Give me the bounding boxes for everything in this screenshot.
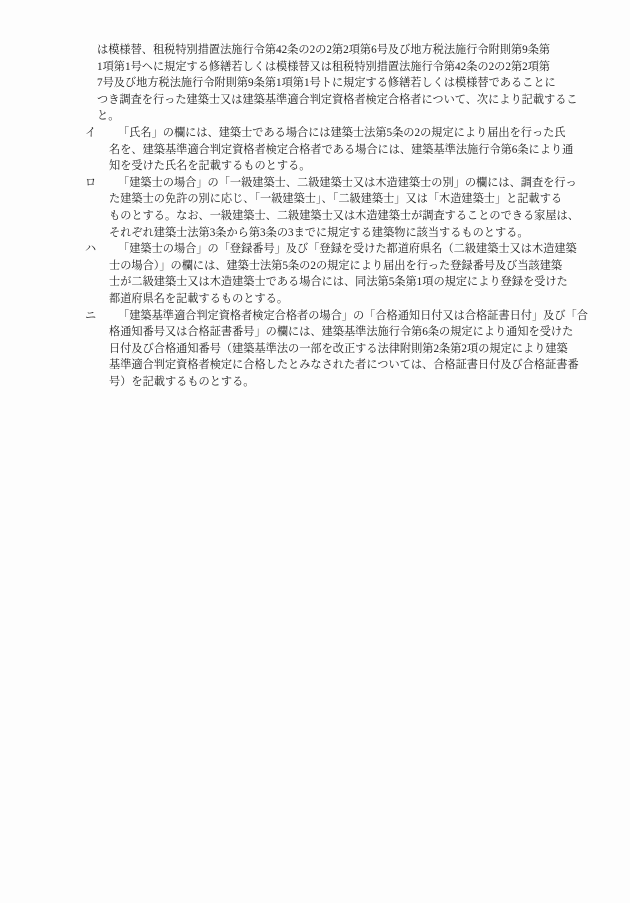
list-item-ha: ハ 「建築士の場合」の「登録番号」及び「登録を受けた都道府県名（二級建築士又は木… [97, 241, 557, 307]
item-marker: ニ [85, 308, 106, 325]
text-line: 名を、建築基準適合判定資格者検定合格者である場合には、建築基準法施行令第6条によ… [109, 142, 557, 159]
item-marker: ハ [85, 241, 106, 258]
text-line: と。 [97, 108, 557, 125]
body-text: は模様替、租税特別措置法施行令第42条の2の2第2項第6号及び地方税法施行令附則… [97, 42, 557, 390]
text-line: 士が二級建築士又は木造建築士である場合には、同法第5条第1項の規定により登録を受… [109, 274, 557, 291]
list-item-ni: ニ 「建築基準適合判定資格者検定合格者の場合」の「合格通知日付又は合格証書日付」… [97, 308, 557, 391]
text-line: 都道府県名を記載するものとする。 [109, 291, 557, 308]
text-line: ものとする。なお、一級建築士、二級建築士又は木造建築士が調査することのできる家屋… [109, 208, 557, 225]
text-line: 7号及び地方税法施行令附則第9条第1項第1号トに規定する修繕若しくは模様替である… [97, 75, 557, 92]
text-line: 知を受けた氏名を記載するものとする。 [109, 158, 557, 175]
text-line: 日付及び合格通知番号（建築基準法の一部を改正する法律附則第2条第2項の規定により… [109, 341, 557, 358]
item-marker: イ [85, 125, 106, 142]
text-line: それぞれ建築士法第3条から第3条の3までに規定する建築物に該当するものとする。 [109, 225, 557, 242]
document-page: は模様替、租税特別措置法施行令第42条の2の2第2項第6号及び地方税法施行令附則… [0, 0, 630, 903]
text-line: 基準適合判定資格者検定に合格したとみなされた者については、合格証書日付及び合格証… [109, 357, 557, 374]
intro-paragraph: は模様替、租税特別措置法施行令第42条の2の2第2項第6号及び地方税法施行令附則… [97, 42, 557, 125]
text-line: 「建築基準適合判定資格者検定合格者の場合」の「合格通知日付又は合格証書日付」及び… [109, 308, 557, 325]
item-marker: ロ [85, 175, 106, 192]
text-line: 士の場合）」の欄には、建築士法第5条の2の規定により届出を行った登録番号及び当該… [109, 258, 557, 275]
text-line: 「建築士の場合」の「登録番号」及び「登録を受けた都道府県名（二級建築士又は木造建… [109, 241, 557, 258]
text-line: 1項第1号ヘに規定する修繕若しくは模様替又は租税特別措置法施行令第42条の2の2… [97, 59, 557, 76]
list-item-ro: ロ 「建築士の場合」の「一級建築士、二級建築士又は木造建築士の別」の欄には、調査… [97, 175, 557, 241]
list-item-i: イ 「氏名」の欄には、建築士である場合には建築士法第5条の2の規定により届出を行… [97, 125, 557, 175]
text-line: 「建築士の場合」の「一級建築士、二級建築士又は木造建築士の別」の欄には、調査を行… [109, 175, 557, 192]
text-line: つき調査を行った建築士又は建築基準適合判定資格者検定合格者について、次により記載… [97, 92, 557, 109]
text-line: 「氏名」の欄には、建築士である場合には建築士法第5条の2の規定により届出を行った… [109, 125, 557, 142]
text-line: た建築士の免許の別に応じ、「一級建築士」、「二級建築士」又は「木造建築士」と記載… [109, 191, 557, 208]
text-line: 号）を記載するものとする。 [109, 374, 557, 391]
text-line: は模様替、租税特別措置法施行令第42条の2の2第2項第6号及び地方税法施行令附則… [97, 42, 557, 59]
text-line: 格通知番号又は合格証書番号」の欄には、建築基準法施行令第6条の規定により通知を受… [109, 324, 557, 341]
